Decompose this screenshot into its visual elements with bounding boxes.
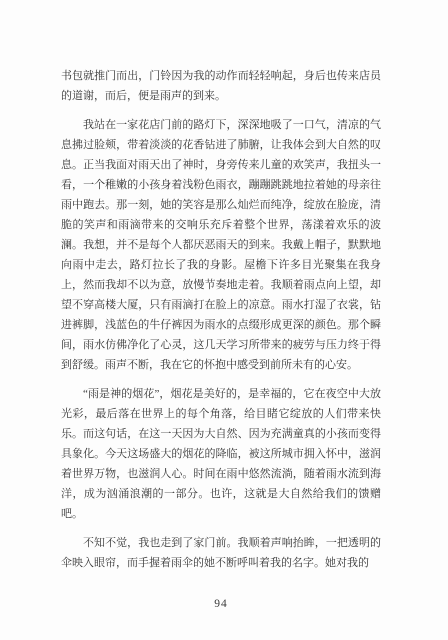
page-paragraphs: 书包就推门而出，门铃因为我的动作而轻轻响起，身后也传来店员的道谢，而后，便是雨声… xyxy=(61,66,381,582)
page-number: 94 xyxy=(61,598,381,610)
document-page: 书包就推门而出，门铃因为我的动作而轻轻响起，身后也传来店员的道谢，而后，便是雨声… xyxy=(0,0,448,640)
paragraph: 书包就推门而出，门铃因为我的动作而轻轻响起，身后也传来店员的道谢，而后，便是雨声… xyxy=(61,66,381,106)
paragraph: 不知不觉，我也走到了家门前。我顺着声响抬眸，一把透明的伞映入眼帘，而手握着雨伞的… xyxy=(61,533,381,573)
paragraph: 我站在一家花店门前的路灯下，深深地吸了一口气，清凉的气息拂过脸颊，带着淡淡的花香… xyxy=(61,115,381,375)
paragraph: “雨是神的烟花”，烟花是美好的，是幸福的，它在夜空中大放光彩，最后落在世界上的每… xyxy=(61,384,381,524)
